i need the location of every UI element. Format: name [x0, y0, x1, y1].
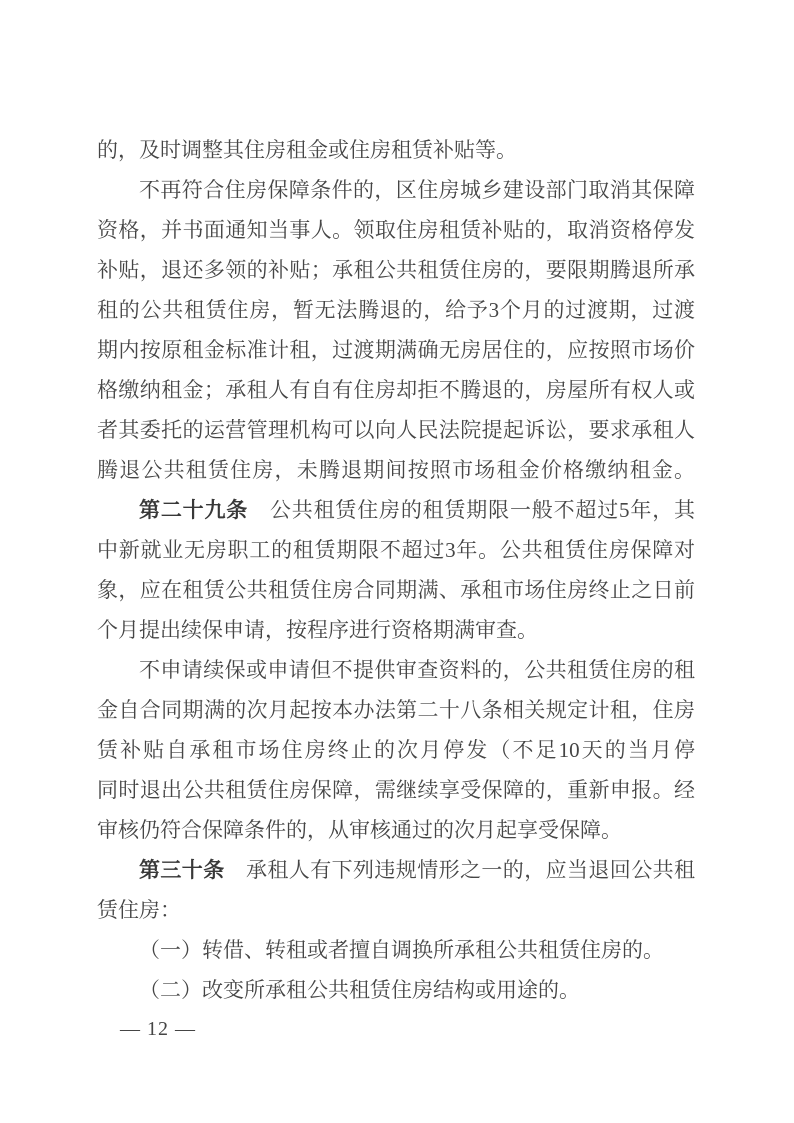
text-line: 不申请续保或申请但不提供审查资料的，公共租赁住房的租 — [97, 650, 695, 690]
text-line: 资格，并书面通知当事人。领取住房租赁补贴的，取消资格停发 — [97, 210, 695, 250]
text-line: 中新就业无房职工的租赁期限不超过3年。公共租赁住房保障对 — [97, 530, 695, 570]
text-line: 金自合同期满的次月起按本办法第二十八条相关规定计租，住房租 — [97, 690, 695, 730]
article-number: 第三十条 — [139, 858, 225, 882]
line-text: 个月提出续保申请，按程序进行资格期满审查。 — [97, 618, 538, 642]
text-line: 补贴，退还多领的补贴；承租公共租赁住房的，要限期腾退所承 — [97, 250, 695, 290]
text-line: 的，及时调整其住房租金或住房租赁补贴等。 — [97, 130, 695, 170]
text-line: 期内按原租金标准计租，过渡期满确无房居住的，应按照市场价 — [97, 330, 695, 370]
line-text: 金自合同期满的次月起按本办法第二十八条相关规定计租，住房租 — [97, 698, 695, 730]
line-text: 格缴纳租金；承租人有自有住房却拒不腾退的，房屋所有权人或 — [97, 378, 695, 402]
text-line: 格缴纳租金；承租人有自有住房却拒不腾退的，房屋所有权人或 — [97, 370, 695, 410]
text-line: 不再符合住房保障条件的，区住房城乡建设部门取消其保障 — [97, 170, 695, 210]
text-line: 赁住房： — [97, 890, 695, 930]
text-line: 同时退出公共租赁住房保障，需继续享受保障的，重新申报。经 — [97, 770, 695, 810]
line-text: 腾退公共租赁住房，未腾退期间按照市场租金价格缴纳租金。 — [97, 458, 695, 482]
line-text: 同时退出公共租赁住房保障，需继续享受保障的，重新申报。经 — [97, 778, 695, 802]
line-text: 租的公共租赁住房，暂无法腾退的，给予3个月的过渡期，过渡 — [97, 298, 695, 322]
text-line: 审核仍符合保障条件的，从审核通过的次月起享受保障。 — [97, 810, 695, 850]
text-line: 赁补贴自承租市场住房终止的次月停发（不足10天的当月停发）， — [97, 730, 695, 770]
text-line: 者其委托的运营管理机构可以向人民法院提起诉讼，要求承租人 — [97, 410, 695, 450]
line-text: 补贴，退还多领的补贴；承租公共租赁住房的，要限期腾退所承 — [97, 258, 695, 282]
line-text: 中新就业无房职工的租赁期限不超过3年。公共租赁住房保障对 — [97, 538, 695, 562]
line-text: 资格，并书面通知当事人。领取住房租赁补贴的，取消资格停发 — [97, 218, 695, 242]
text-line: （二）改变所承租公共租赁住房结构或用途的。 — [97, 970, 695, 1010]
document-body: 的，及时调整其住房租金或住房租赁补贴等。不再符合住房保障条件的，区住房城乡建设部… — [97, 130, 695, 1010]
line-text: 公共租赁住房的租赁期限一般不超过5年，其 — [248, 498, 695, 522]
text-line: 个月提出续保申请，按程序进行资格期满审查。 — [97, 610, 695, 650]
line-text: 象，应在租赁公共租赁住房合同期满、承租市场住房终止之日前3 — [97, 578, 695, 610]
line-text: 审核仍符合保障条件的，从审核通过的次月起享受保障。 — [97, 818, 622, 842]
line-text: 承租人有下列违规情形之一的，应当退回公共租 — [225, 858, 695, 882]
page-number: — 12 — — [120, 1014, 196, 1044]
text-line: 腾退公共租赁住房，未腾退期间按照市场租金价格缴纳租金。 — [97, 450, 695, 490]
line-text: 的，及时调整其住房租金或住房租赁补贴等。 — [97, 138, 517, 162]
text-line: 第三十条 承租人有下列违规情形之一的，应当退回公共租 — [97, 850, 695, 890]
line-text: （一）转借、转租或者擅自调换所承租公共租赁住房的。 — [139, 938, 664, 962]
text-line: （一）转借、转租或者擅自调换所承租公共租赁住房的。 — [97, 930, 695, 970]
line-text: 者其委托的运营管理机构可以向人民法院提起诉讼，要求承租人 — [97, 418, 695, 442]
article-number: 第二十九条 — [139, 498, 248, 522]
document-page: 的，及时调整其住房租金或住房租赁补贴等。不再符合住房保障条件的，区住房城乡建设部… — [0, 0, 794, 1123]
text-line: 租的公共租赁住房，暂无法腾退的，给予3个月的过渡期，过渡 — [97, 290, 695, 330]
text-line: 象，应在租赁公共租赁住房合同期满、承租市场住房终止之日前3 — [97, 570, 695, 610]
text-line: 第二十九条 公共租赁住房的租赁期限一般不超过5年，其 — [97, 490, 695, 530]
line-text: 不再符合住房保障条件的，区住房城乡建设部门取消其保障 — [139, 178, 695, 202]
line-text: 期内按原租金标准计租，过渡期满确无房居住的，应按照市场价 — [97, 338, 695, 362]
line-text: （二）改变所承租公共租赁住房结构或用途的。 — [139, 978, 580, 1002]
line-text: 赁补贴自承租市场住房终止的次月停发（不足10天的当月停发）， — [97, 738, 695, 770]
line-text: 不申请续保或申请但不提供审查资料的，公共租赁住房的租 — [139, 658, 695, 682]
line-text: 赁住房： — [97, 898, 181, 922]
